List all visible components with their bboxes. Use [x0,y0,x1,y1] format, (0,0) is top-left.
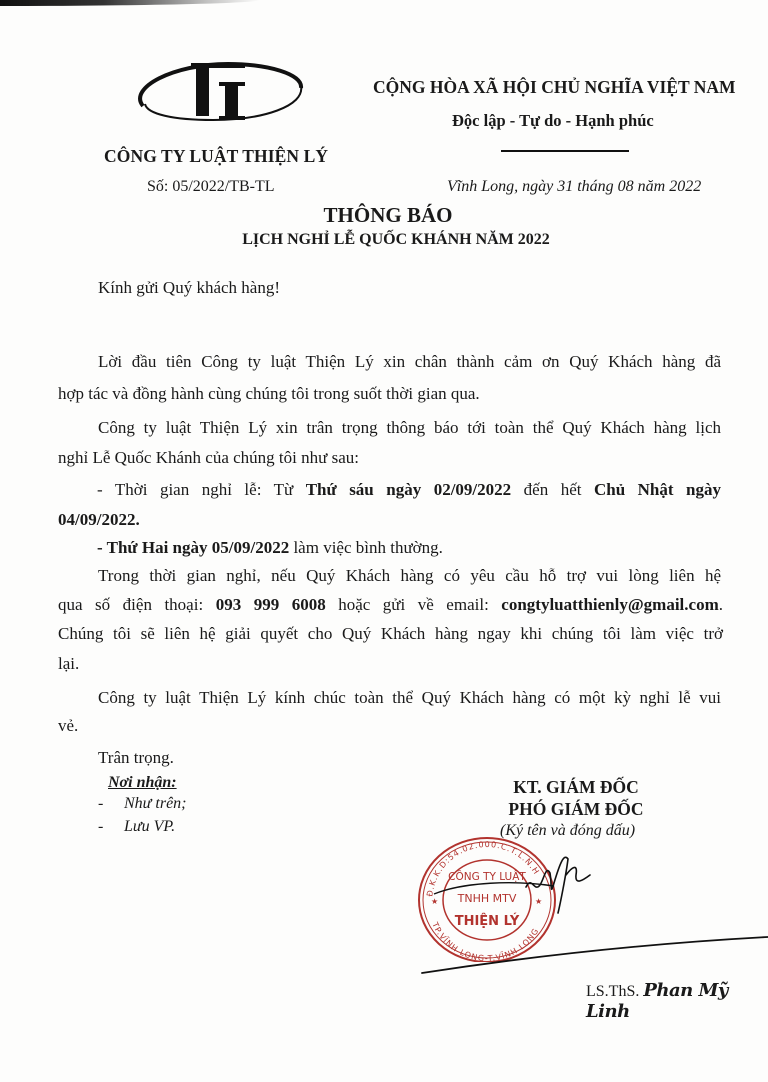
schedule-item-1-prefix: - Thời gian nghỉ lễ: Từ [97,480,306,499]
holiday-start-date: Thứ sáu ngày 02/09/2022 [306,480,511,499]
paragraph-1-line-2: hợp tác và đồng hành cùng chúng tôi tron… [58,384,480,404]
stamp-line-1: CÔNG TY LUẬT [448,870,526,883]
signatory-title-1: KT. GIÁM ĐỐC [456,777,696,798]
paragraph-3-line-2-c: . [719,595,723,614]
recipients-label: Nơi nhận: [108,774,177,792]
greeting: Kính gửi Quý khách hàng! [98,278,280,298]
paragraph-3-line-2: qua số điện thoại: 093 999 6008 hoặc gửi… [58,595,723,615]
stamp-line-2: TNHH MTV [457,892,517,905]
recipient-text: Như trên; [124,795,187,812]
signer-prefix: LS.ThS. [586,983,643,1000]
paragraph-3-line-2-a: qua số điện thoại: [58,595,216,614]
contact-phone[interactable]: 093 999 6008 [216,595,326,614]
scan-edge-artifact [0,0,260,6]
tl-monogram-logo-icon [133,58,308,126]
recipient-item: -Như trên; [98,795,187,813]
schedule-item-2-rest: làm việc bình thường. [289,538,443,557]
closing-text: Trân trọng. [98,748,174,768]
svg-text:★: ★ [431,897,438,906]
motto-underline [501,150,629,152]
return-to-work-date: - Thứ Hai ngày 05/09/2022 [97,538,289,557]
document-title: THÔNG BÁO [0,203,768,228]
bullet-dash: - [98,818,124,836]
paragraph-4-line-1: Công ty luật Thiện Lý kính chúc toàn thể… [98,688,721,708]
contact-email[interactable]: congtyluatthienly@gmail.com [501,595,718,614]
paragraph-2-line-2: nghỉ Lễ Quốc Khánh của chúng tôi như sau… [58,448,359,468]
holiday-end-date-a: Chủ Nhật ngày [594,480,721,499]
recipient-text: Lưu VP. [124,818,175,835]
document-subtitle: LỊCH NGHỈ LỄ QUỐC KHÁNH NĂM 2022 [0,231,768,249]
national-motto: Độc lập - Tự do - Hạnh phúc [452,111,654,131]
recipient-item: -Lưu VP. [98,818,175,836]
paragraph-3-line-4: lại. [58,654,79,674]
signatory-title-2: PHÓ GIÁM ĐỐC [456,799,696,820]
paragraph-4-line-2: vẻ. [58,716,78,736]
company-name: CÔNG TY LUẬT THIỆN LÝ [104,146,328,167]
paragraph-3-line-1: Trong thời gian nghỉ, nếu Quý Khách hàng… [98,566,721,586]
handwritten-signature-icon [520,845,620,915]
signature-note: (Ký tên và đóng dấu) [500,822,635,840]
paragraph-1-line-1: Lời đầu tiên Công ty luật Thiện Lý xin c… [98,352,721,372]
holiday-end-date-b: 04/09/2022. [58,510,140,530]
signature-stroke-icon [420,915,768,975]
nation-title: CỘNG HÒA XÃ HỘI CHỦ NGHĨA VIỆT NAM [373,77,736,98]
place-and-date: Vĩnh Long, ngày 31 tháng 08 năm 2022 [447,178,701,196]
paragraph-2-line-1: Công ty luật Thiện Lý xin trân trọng thô… [98,418,721,438]
signer-name: LS.ThS. Phan Mỹ Linh [586,980,768,1022]
paragraph-3-line-3: Chúng tôi sẽ liên hệ giải quyết cho Quý … [58,624,723,644]
schedule-item-1: - Thời gian nghỉ lễ: Từ Thứ sáu ngày 02/… [97,480,721,500]
schedule-item-1-mid: đến hết [511,480,594,499]
document-number: Số: 05/2022/TB-TL [147,178,275,196]
paragraph-3-line-2-b: hoặc gửi về email: [326,595,502,614]
schedule-item-2: - Thứ Hai ngày 05/09/2022 làm việc bình … [97,538,443,558]
bullet-dash: - [98,795,124,813]
